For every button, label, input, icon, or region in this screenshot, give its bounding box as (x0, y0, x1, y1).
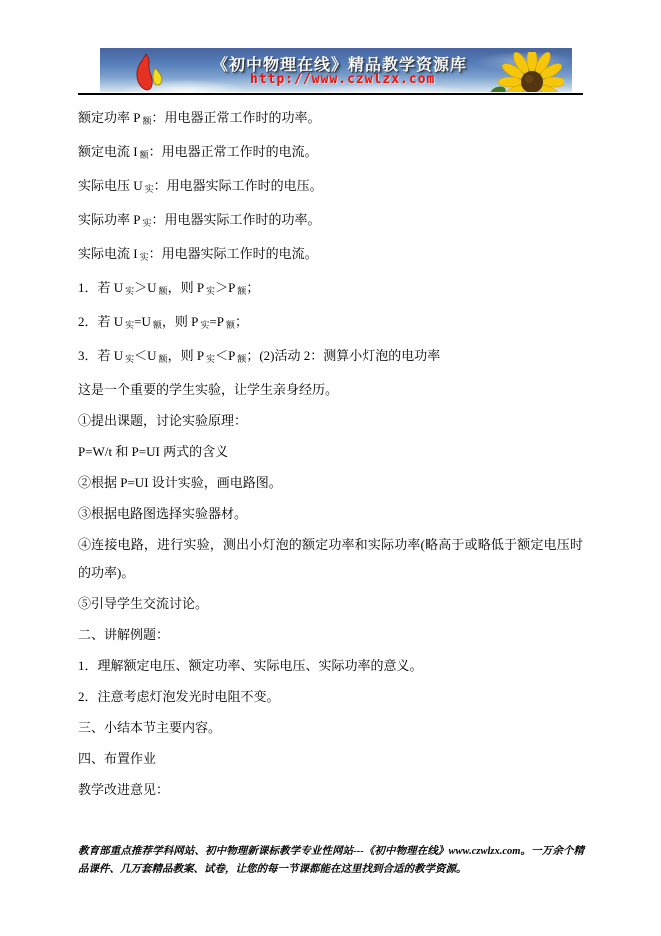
subscript-label: 额 (142, 116, 151, 126)
paragraph: 3．若 U实＜U额，则 P实＜P额；(2)活动 2：测算小灯泡的电功率 (78, 342, 583, 373)
paragraph: 2．若 U实=U额，则 P实=P额； (78, 308, 583, 339)
subscript-label: 额 (140, 150, 149, 160)
subscript-label: 实 (206, 354, 215, 364)
document-page: 《初中物理在线》精品教学资源库 http://www.czwlzx.com (0, 0, 661, 936)
paragraph: 实际电压 U实：用电器实际工作时的电压。 (78, 172, 583, 203)
flame-logo-icon (124, 52, 172, 92)
subscript-label: 实 (142, 218, 151, 228)
header-divider (78, 93, 583, 95)
paragraph: 1．理解额定电压、额定功率、实际电压、实际功率的意义。 (78, 652, 583, 680)
paragraph: ②根据 P=UI 设计实验，画电路图。 (78, 469, 583, 497)
banner-url: http://www.czwlzx.com (250, 72, 435, 87)
subscript-label: 额 (237, 354, 246, 364)
paragraph: ⑤引导学生交流讨论。 (78, 590, 583, 618)
subscript-label: 额 (226, 320, 235, 330)
paragraph: 实际电流 I实：用电器实际工作时的电流。 (78, 240, 583, 271)
subscript-label: 额 (159, 286, 168, 296)
subscript-label: 实 (206, 286, 215, 296)
footer-text: 教育部重点推荐学科网站、初中物理新课标教学专业性网站---《初中物理在线》www… (78, 843, 584, 879)
subscript-label: 额 (237, 286, 246, 296)
subscript-label: 额 (153, 320, 162, 330)
document-body: 额定功率 P额：用电器正常工作时的功率。额定电流 I额：用电器正常工作时的电流。… (78, 104, 583, 807)
subscript-label: 实 (125, 320, 134, 330)
subscript-label: 实 (125, 354, 134, 364)
paragraph: 实际功率 P实：用电器实际工作时的功率。 (78, 206, 583, 237)
paragraph: 三、小结本节主要内容。 (78, 714, 583, 742)
paragraph: ④连接电路，进行实验，测出小灯泡的额定功率和实际功率(略高于或略低于额定电压时的… (78, 531, 583, 587)
paragraph: ③根据电路图选择实验器材。 (78, 500, 583, 528)
subscript-label: 实 (125, 286, 134, 296)
paragraph: 四、布置作业 (78, 745, 583, 773)
paragraph: 2．注意考虑灯泡发光时电阻不变。 (78, 683, 583, 711)
paragraph: ①提出课题，讨论实验原理： (78, 407, 583, 435)
subscript-label: 实 (200, 320, 209, 330)
paragraph: P=W/t 和 P=UI 两式的含义 (78, 438, 583, 466)
paragraph: 额定功率 P额：用电器正常工作时的功率。 (78, 104, 583, 135)
paragraph: 二、讲解例题： (78, 621, 583, 649)
subscript-label: 实 (145, 184, 154, 194)
subscript-label: 额 (159, 354, 168, 364)
paragraph: 这是一个重要的学生实验，让学生亲身经历。 (78, 376, 583, 404)
paragraph: 教学改进意见： (78, 776, 583, 804)
paragraph: 额定电流 I额：用电器正常工作时的电流。 (78, 138, 583, 169)
sunflower-icon (484, 52, 564, 92)
subscript-label: 实 (140, 252, 149, 262)
paragraph: 1．若 U实＞U额，则 P实＞P额； (78, 274, 583, 305)
site-banner: 《初中物理在线》精品教学资源库 http://www.czwlzx.com (100, 48, 572, 92)
